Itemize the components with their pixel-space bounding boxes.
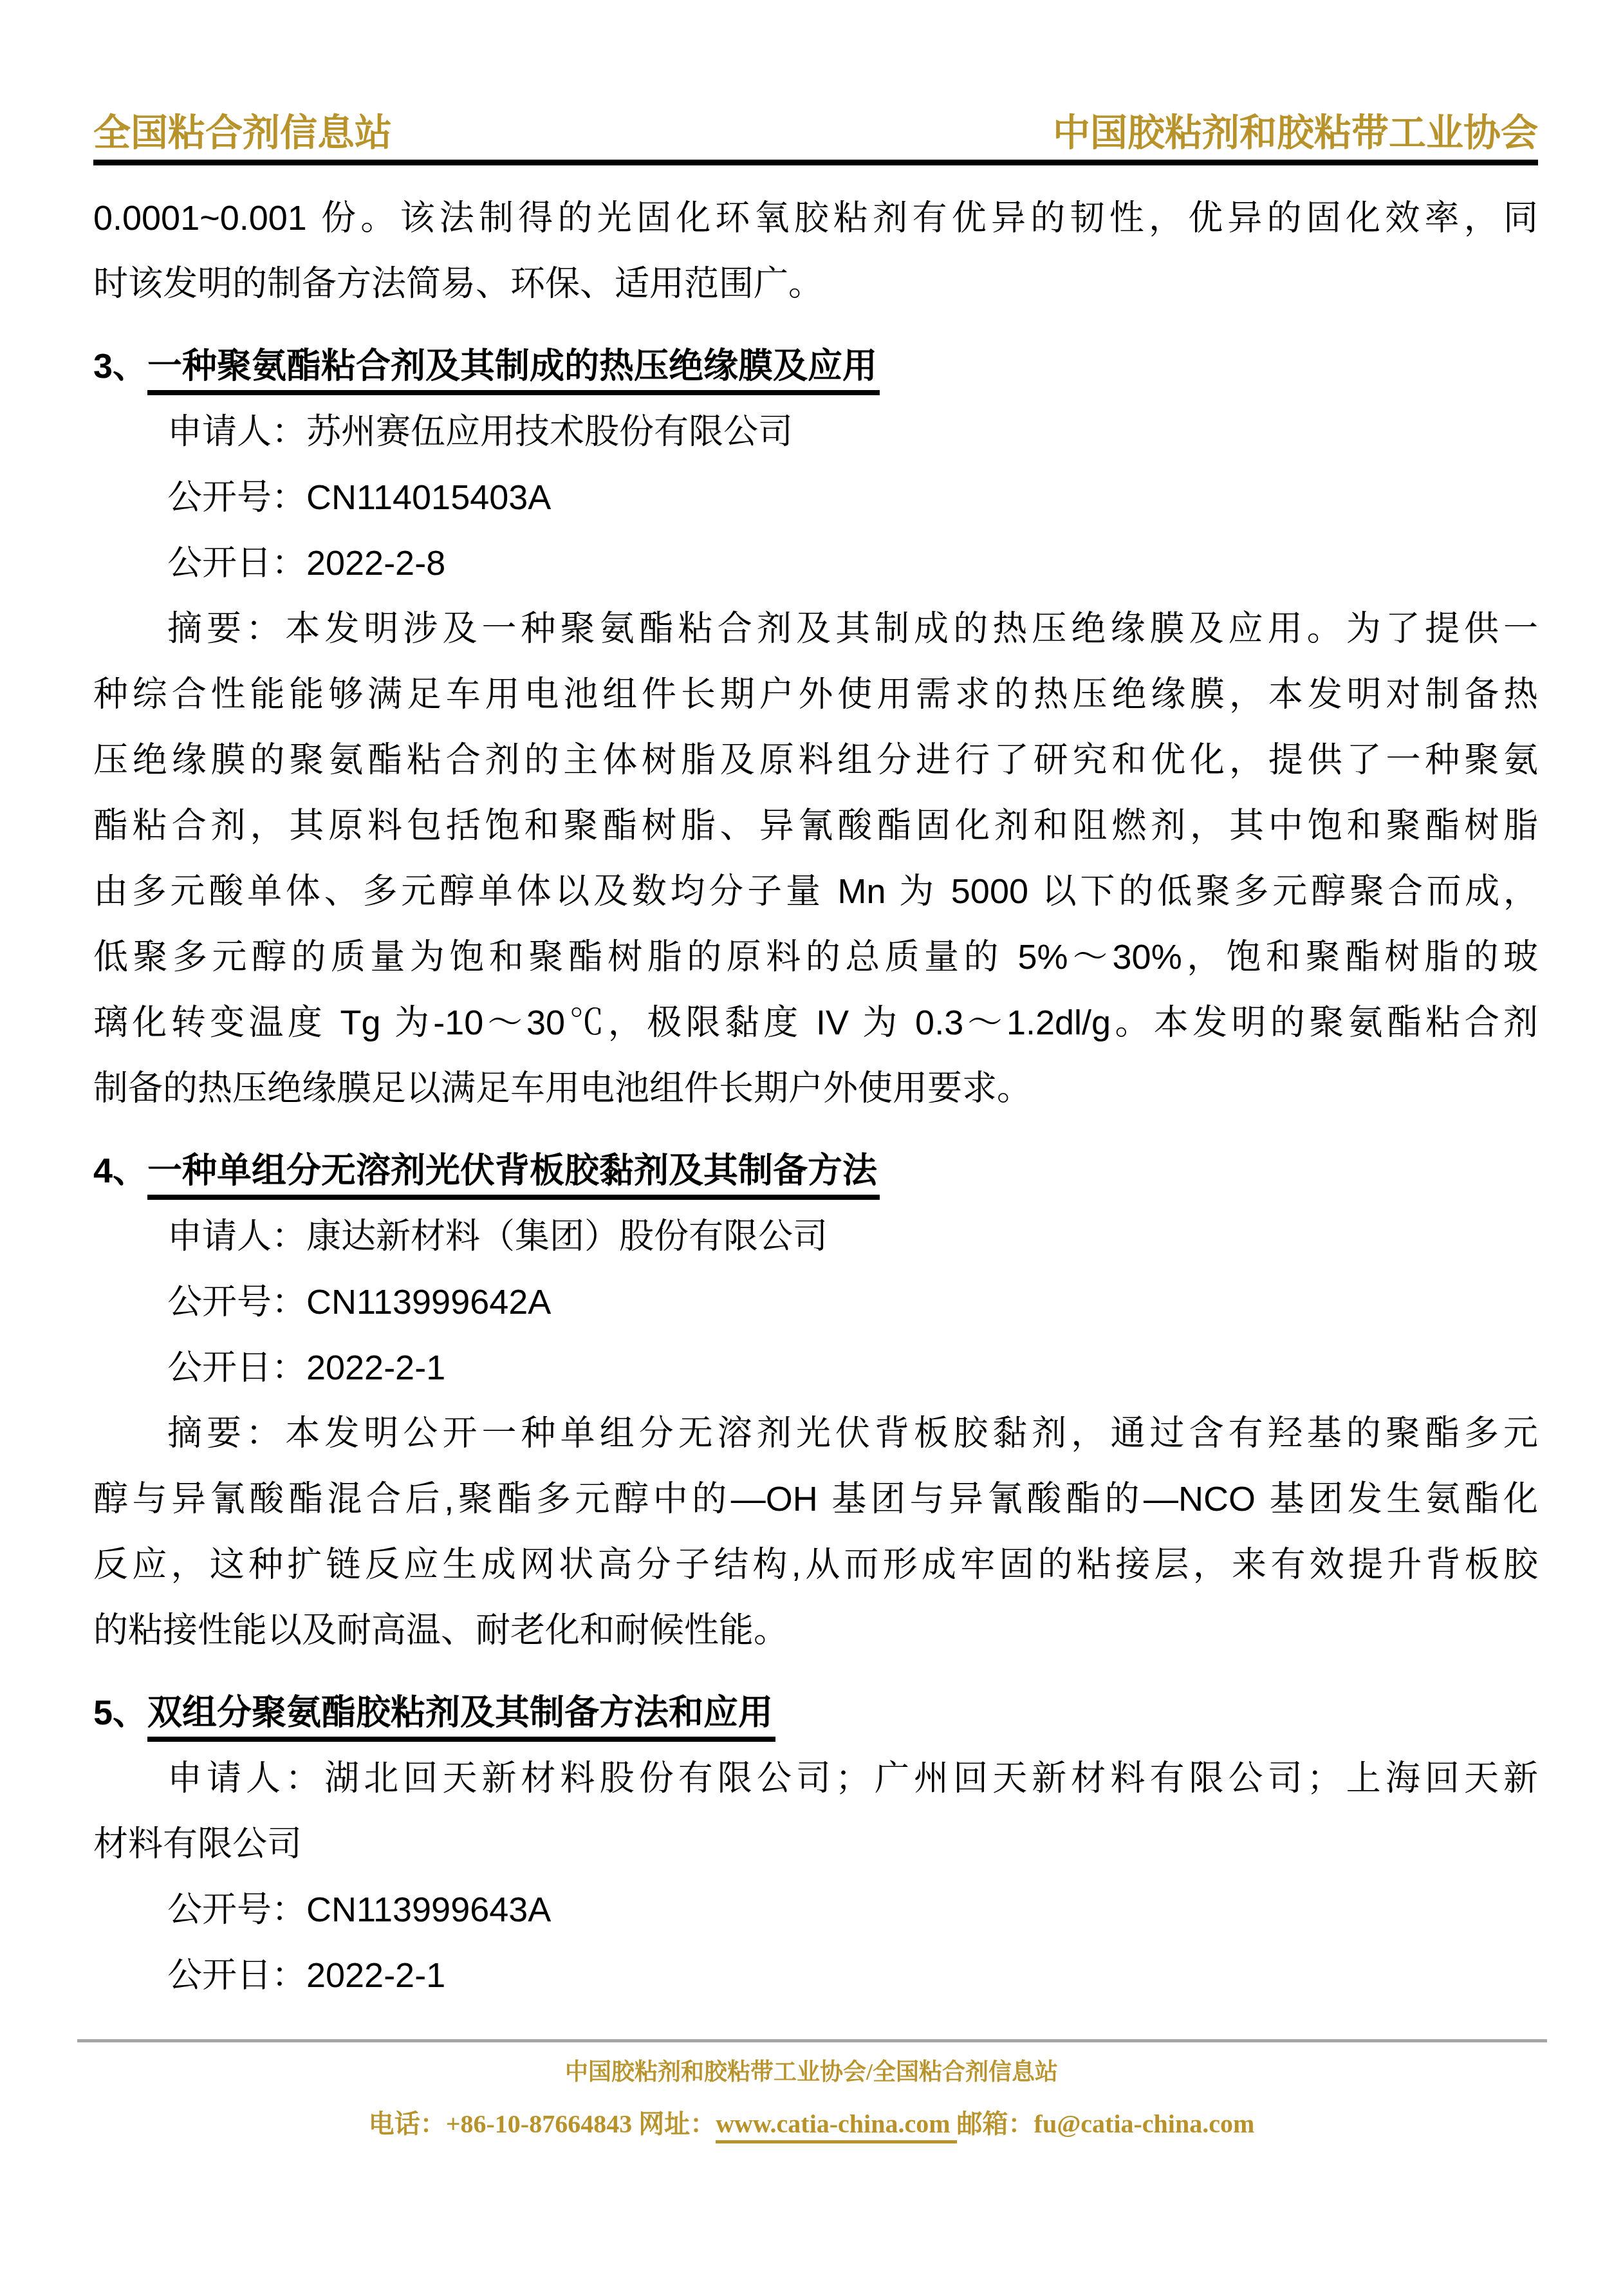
applicant-lines: 申请人：康达新材料（集团）股份有限公司 — [93, 1204, 1538, 1269]
text-line: 酯粘合剂，其原料包括饱和聚酯树脂、异氰酸酯固化剂和阻燃剂，其中饱和聚酯树脂 — [93, 793, 1538, 859]
abstract-lines: 摘要：本发明涉及一种聚氨酯粘合剂及其制成的热压绝缘膜及应用。为了提供一种综合性能… — [93, 596, 1538, 1121]
text-line: 压绝缘膜的聚氨酯粘合剂的主体树脂及原料组分进行了研究和优化，提供了一种聚氨 — [93, 727, 1538, 793]
patent-index: 4、 — [93, 1152, 147, 1190]
text-line: 璃化转变温度 Tg 为-10～30℃，极限黏度 IV 为 0.3～1.2dl/g… — [93, 990, 1538, 1056]
footer-divider — [77, 2039, 1547, 2042]
page-header: 全国粘合剂信息站 中国胶粘剂和胶粘带工业协会 — [93, 115, 1538, 165]
patent-title: 一种单组分无溶剂光伏背板胶黏剂及其制备方法 — [147, 1151, 880, 1200]
text-line: 申请人：苏州赛伍应用技术股份有限公司 — [93, 399, 1538, 465]
applicant-lines: 申请人：苏州赛伍应用技术股份有限公司 — [93, 399, 1538, 465]
patent-heading: 3、一种聚氨酯粘合剂及其制成的热压绝缘膜及应用 — [93, 333, 1538, 399]
header-left-title: 全国粘合剂信息站 — [93, 115, 392, 152]
text-line: 0.0001~0.001 份。该法制得的光固化环氧胶粘剂有优异的韧性，优异的固化… — [93, 185, 1538, 251]
publication-number: 公开号：CN113999643A — [93, 1877, 1538, 1943]
footer-phone: 电话：+86-10-87664843 网址： — [369, 2109, 716, 2138]
patent-index: 3、 — [93, 347, 147, 386]
publication-date: 公开日：2022-2-8 — [93, 530, 1538, 596]
patent-title: 一种聚氨酯粘合剂及其制成的热压绝缘膜及应用 — [147, 346, 880, 395]
footer-contact-line: 电话：+86-10-87664843 网址：www.catia-china.co… — [0, 2109, 1623, 2140]
text-line: 反应，这种扩链反应生成网状高分子结构,从而形成牢固的粘接层，来有效提升背板胶 — [93, 1532, 1538, 1598]
patent-heading: 5、双组分聚氨酯胶粘剂及其制备方法和应用 — [93, 1680, 1538, 1746]
publication-number: 公开号：CN114015403A — [93, 465, 1538, 530]
text-line: 制备的热压绝缘膜足以满足车用电池组件长期户外使用要求。 — [93, 1056, 1538, 1121]
footer-email: 邮箱：fu@catia-china.com — [957, 2109, 1255, 2138]
text-line: 低聚多元醇的质量为饱和聚酯树脂的原料的总质量的 5%～30%，饱和聚酯树脂的玻 — [93, 924, 1538, 990]
text-line: 的粘接性能以及耐高温、耐老化和耐候性能。 — [93, 1598, 1538, 1663]
publication-number: 公开号：CN113999642A — [93, 1269, 1538, 1335]
text-line: 申请人：康达新材料（集团）股份有限公司 — [93, 1204, 1538, 1269]
text-line: 醇与异氰酸酯混合后,聚酯多元醇中的—OH 基团与异氰酸酯的—NCO 基团发生氨酯… — [93, 1466, 1538, 1532]
publication-date: 公开日：2022-2-1 — [93, 1943, 1538, 2008]
text-line: 材料有限公司 — [93, 1811, 1538, 1877]
patent-title: 双组分聚氨酯胶粘剂及其制备方法和应用 — [147, 1693, 775, 1742]
publication-date: 公开日：2022-2-1 — [93, 1335, 1538, 1401]
header-right-title: 中国胶粘剂和胶粘带工业协会 — [1053, 115, 1538, 152]
intro-paragraph: 0.0001~0.001 份。该法制得的光固化环氧胶粘剂有优异的韧性，优异的固化… — [93, 185, 1538, 317]
patent-heading: 4、一种单组分无溶剂光伏背板胶黏剂及其制备方法 — [93, 1138, 1538, 1204]
applicant-lines: 申请人：湖北回天新材料股份有限公司；广州回天新材料有限公司；上海回天新材料有限公… — [93, 1746, 1538, 1877]
footer-website-link[interactable]: www.catia-china.com — [716, 2109, 956, 2143]
document-body: 0.0001~0.001 份。该法制得的光固化环氧胶粘剂有优异的韧性，优异的固化… — [93, 185, 1538, 2008]
text-line: 摘要：本发明涉及一种聚氨酯粘合剂及其制成的热压绝缘膜及应用。为了提供一 — [93, 596, 1538, 662]
patent-index: 5、 — [93, 1694, 147, 1732]
patent-entry-3: 3、一种聚氨酯粘合剂及其制成的热压绝缘膜及应用 申请人：苏州赛伍应用技术股份有限… — [93, 333, 1538, 1121]
text-line: 摘要：本发明公开一种单组分无溶剂光伏背板胶黏剂，通过含有羟基的聚酯多元 — [93, 1401, 1538, 1466]
document-page: 全国粘合剂信息站 中国胶粘剂和胶粘带工业协会 0.0001~0.001 份。该法… — [0, 0, 1623, 2296]
text-line: 申请人：湖北回天新材料股份有限公司；广州回天新材料有限公司；上海回天新 — [93, 1746, 1538, 1811]
text-line: 由多元酸单体、多元醇单体以及数均分子量 Mn 为 5000 以下的低聚多元醇聚合… — [93, 859, 1538, 924]
footer-organization: 中国胶粘剂和胶粘带工业协会/全国粘合剂信息站 — [0, 2058, 1623, 2086]
text-line: 种综合性能能够满足车用电池组件长期户外使用需求的热压绝缘膜，本发明对制备热 — [93, 662, 1538, 727]
text-line: 时该发明的制备方法简易、环保、适用范围广。 — [93, 251, 1538, 317]
patent-entry-4: 4、一种单组分无溶剂光伏背板胶黏剂及其制备方法 申请人：康达新材料（集团）股份有… — [93, 1138, 1538, 1663]
abstract-lines: 摘要：本发明公开一种单组分无溶剂光伏背板胶黏剂，通过含有羟基的聚酯多元醇与异氰酸… — [93, 1401, 1538, 1663]
patent-entry-5: 5、双组分聚氨酯胶粘剂及其制备方法和应用 申请人：湖北回天新材料股份有限公司；广… — [93, 1680, 1538, 2008]
